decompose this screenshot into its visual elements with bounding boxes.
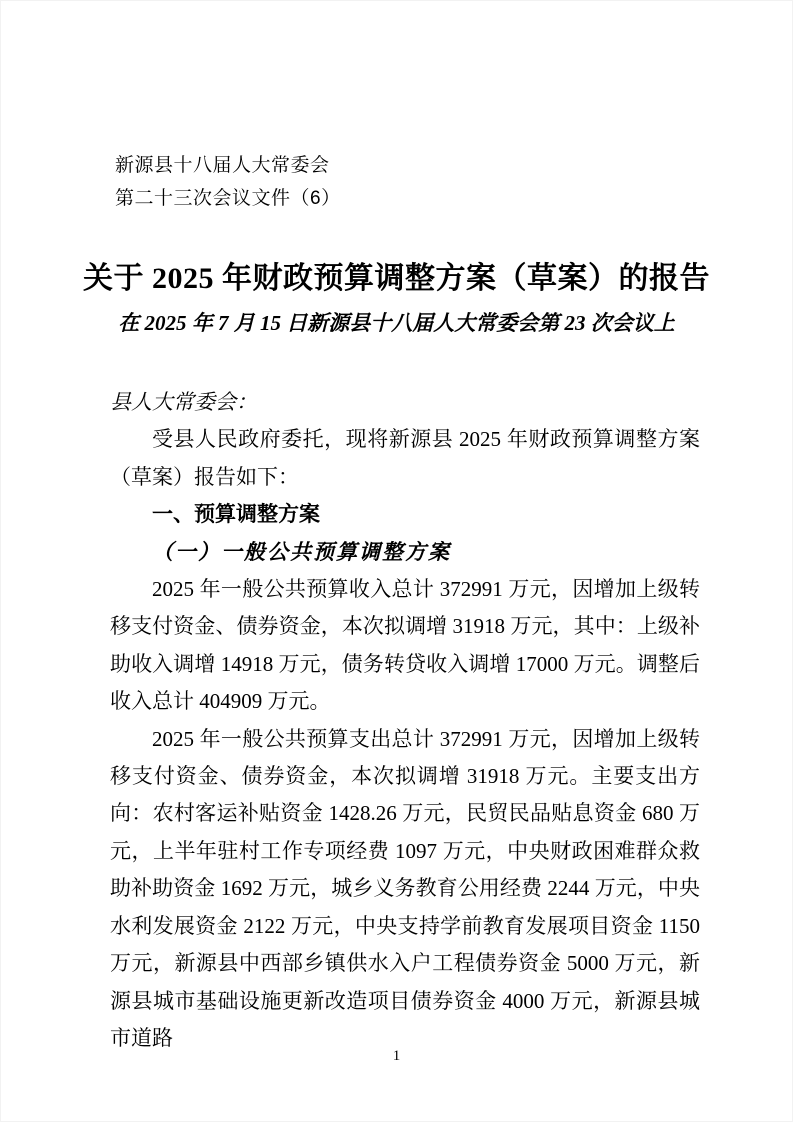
section-1-heading: 一、预算调整方案	[110, 496, 700, 533]
salutation: 县人大常委会：	[110, 384, 700, 421]
section-1-sub-heading: （一）一般公共预算调整方案	[110, 534, 700, 571]
document-header: 新源县十八届人大常委会 第二十三次会议文件（6）	[115, 149, 341, 215]
document-body: 县人大常委会： 受县人民政府委托，现将新源县 2025 年财政预算调整方案（草案…	[110, 384, 700, 1057]
header-line-committee: 新源县十八届人大常委会	[115, 149, 341, 182]
intro-paragraph: 受县人民政府委托，现将新源县 2025 年财政预算调整方案（草案）报告如下：	[110, 421, 700, 496]
revenue-adjustment-paragraph: 2025 年一般公共预算收入总计 372991 万元，因增加上级转移支付资金、债…	[110, 571, 700, 721]
expenditure-adjustment-paragraph: 2025 年一般公共预算支出总计 372991 万元，因增加上级转移支付资金、债…	[110, 721, 700, 1058]
header-line-meeting-file: 第二十三次会议文件（6）	[115, 182, 341, 215]
document-title: 关于 2025 年财政预算调整方案（草案）的报告	[40, 253, 753, 297]
document-page: 新源县十八届人大常委会 第二十三次会议文件（6） 关于 2025 年财政预算调整…	[0, 0, 793, 1122]
document-subtitle: 在 2025 年 7 月 15 日新源县十八届人大常委会第 23 次会议上	[40, 307, 753, 337]
page-number: 1	[0, 1048, 793, 1065]
